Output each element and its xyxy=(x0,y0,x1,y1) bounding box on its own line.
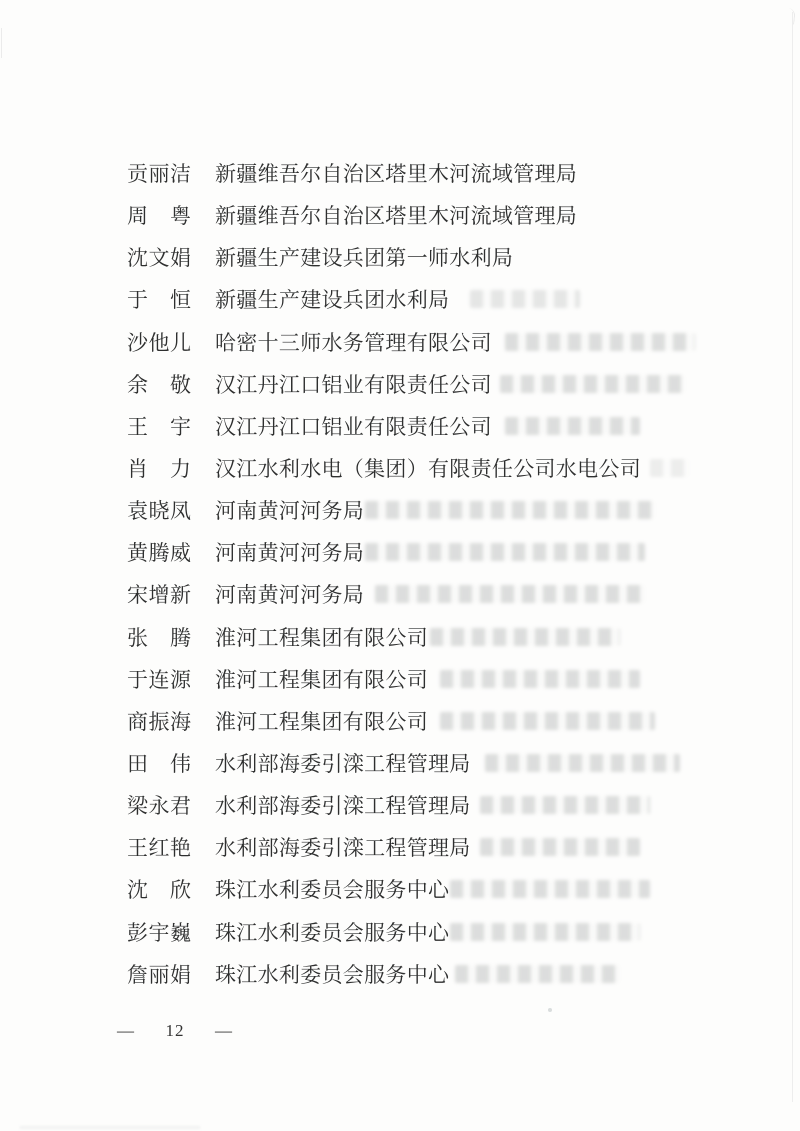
person-name: 田 伟 xyxy=(127,748,191,778)
roster-row: 沈文娟新疆生产建设兵团第一师水利局 xyxy=(127,236,787,278)
organization-name: 河南黄河河务局 xyxy=(215,579,364,609)
bleed-through-artifact xyxy=(450,923,640,941)
page-edge-right xyxy=(792,12,793,1102)
person-name: 于连源 xyxy=(127,664,191,694)
bleed-through-artifact xyxy=(375,585,645,603)
person-name: 贡丽洁 xyxy=(127,158,191,188)
roster-row: 商振海淮河工程集团有限公司 xyxy=(127,700,787,742)
person-name: 周 粤 xyxy=(127,200,191,230)
roster-row: 詹丽娟珠江水利委员会服务中心 xyxy=(127,953,787,995)
bleed-through-artifact xyxy=(440,712,655,730)
organization-name: 汉江丹江口铝业有限责任公司 xyxy=(215,411,492,441)
document-page: 贡丽洁新疆维吾尔自治区塔里木河流域管理局周 粤新疆维吾尔自治区塔里木河流域管理局… xyxy=(0,0,800,1131)
roster-row: 梁永君水利部海委引滦工程管理局 xyxy=(127,784,787,826)
bleed-through-artifact xyxy=(485,754,680,772)
organization-name: 新疆维吾尔自治区塔里木河流域管理局 xyxy=(215,158,577,188)
person-name: 梁永君 xyxy=(127,790,191,820)
scan-smudge-artifact xyxy=(20,1126,200,1129)
organization-name: 淮河工程集团有限公司 xyxy=(215,706,428,736)
organization-name: 汉江水利水电（集团）有限责任公司水电公司 xyxy=(215,453,641,483)
roster-row: 余 敬汉江丹江口铝业有限责任公司 xyxy=(127,363,787,405)
roster-row: 肖 力汉江水利水电（集团）有限责任公司水电公司 xyxy=(127,447,787,489)
organization-name: 哈密十三师水务管理有限公司 xyxy=(215,327,492,357)
person-name: 肖 力 xyxy=(127,453,191,483)
organization-name: 汉江丹江口铝业有限责任公司 xyxy=(215,369,492,399)
person-name: 宋增新 xyxy=(127,579,191,609)
roster-row: 于 恒新疆生产建设兵团水利局 xyxy=(127,278,787,320)
page-edge-left xyxy=(1,28,2,58)
person-name: 沈文娟 xyxy=(127,242,191,272)
organization-name: 淮河工程集团有限公司 xyxy=(215,622,428,652)
roster-row: 宋增新河南黄河河务局 xyxy=(127,573,787,615)
roster-row: 沈 欣珠江水利委员会服务中心 xyxy=(127,868,787,910)
bleed-through-artifact xyxy=(365,501,655,519)
roster-row: 黄腾威河南黄河河务局 xyxy=(127,531,787,573)
organization-name: 珠江水利委员会服务中心 xyxy=(215,874,449,904)
roster-list: 贡丽洁新疆维吾尔自治区塔里木河流域管理局周 粤新疆维吾尔自治区塔里木河流域管理局… xyxy=(127,152,787,995)
bleed-through-artifact xyxy=(650,459,690,477)
person-name: 于 恒 xyxy=(127,284,191,314)
person-name: 彭宇巍 xyxy=(127,917,191,947)
bleed-through-artifact xyxy=(470,290,580,308)
roster-row: 田 伟水利部海委引滦工程管理局 xyxy=(127,742,787,784)
organization-name: 河南黄河河务局 xyxy=(215,537,364,567)
bleed-through-artifact xyxy=(505,417,640,435)
person-name: 沈 欣 xyxy=(127,874,191,904)
scan-dot-artifact xyxy=(548,1008,552,1012)
organization-name: 水利部海委引滦工程管理局 xyxy=(215,748,471,778)
person-name: 余 敬 xyxy=(127,369,191,399)
organization-name: 新疆维吾尔自治区塔里木河流域管理局 xyxy=(215,200,577,230)
roster-row: 袁晓凤河南黄河河务局 xyxy=(127,489,787,531)
roster-row: 沙他儿哈密十三师水务管理有限公司 xyxy=(127,321,787,363)
roster-row: 彭宇巍珠江水利委员会服务中心 xyxy=(127,911,787,953)
bleed-through-artifact xyxy=(500,375,685,393)
roster-row: 贡丽洁新疆维吾尔自治区塔里木河流域管理局 xyxy=(127,152,787,194)
bleed-through-artifact xyxy=(480,838,640,856)
roster-row: 王红艳水利部海委引滦工程管理局 xyxy=(127,826,787,868)
page-number: — 12 — xyxy=(117,1021,233,1041)
person-name: 黄腾威 xyxy=(127,537,191,567)
bleed-through-artifact xyxy=(505,333,695,351)
roster-row: 张 腾淮河工程集团有限公司 xyxy=(127,616,787,658)
person-name: 张 腾 xyxy=(127,622,191,652)
organization-name: 水利部海委引滦工程管理局 xyxy=(215,832,471,862)
person-name: 王红艳 xyxy=(127,832,191,862)
person-name: 袁晓凤 xyxy=(127,495,191,525)
bleed-through-artifact xyxy=(480,796,650,814)
roster-row: 王 宇汉江丹江口铝业有限责任公司 xyxy=(127,405,787,447)
organization-name: 河南黄河河务局 xyxy=(215,495,364,525)
person-name: 詹丽娟 xyxy=(127,959,191,989)
person-name: 王 宇 xyxy=(127,411,191,441)
organization-name: 珠江水利委员会服务中心 xyxy=(215,917,449,947)
bleed-through-artifact xyxy=(430,628,620,646)
bleed-through-artifact xyxy=(455,965,620,983)
person-name: 商振海 xyxy=(127,706,191,736)
bleed-through-artifact xyxy=(440,670,640,688)
organization-name: 淮河工程集团有限公司 xyxy=(215,664,428,694)
organization-name: 新疆生产建设兵团第一师水利局 xyxy=(215,242,513,272)
roster-row: 于连源淮河工程集团有限公司 xyxy=(127,658,787,700)
organization-name: 水利部海委引滦工程管理局 xyxy=(215,790,471,820)
bleed-through-artifact xyxy=(365,543,645,561)
organization-name: 珠江水利委员会服务中心 xyxy=(215,959,449,989)
bleed-through-artifact xyxy=(450,880,650,898)
organization-name: 新疆生产建设兵团水利局 xyxy=(215,284,449,314)
person-name: 沙他儿 xyxy=(127,327,191,357)
page-corner-curl xyxy=(783,7,796,24)
roster-row: 周 粤新疆维吾尔自治区塔里木河流域管理局 xyxy=(127,194,787,236)
